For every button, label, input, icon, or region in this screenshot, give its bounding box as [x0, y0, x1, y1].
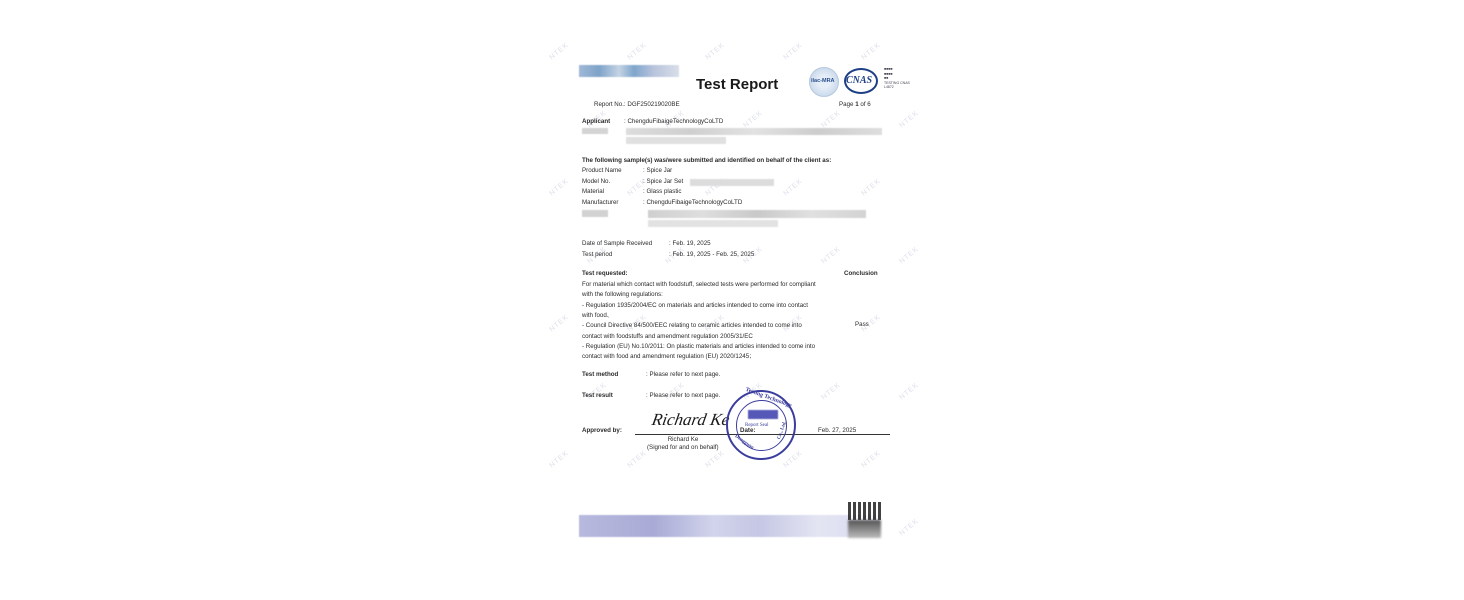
company-seal: Testing Technology Co., Ltd. Dongguan Re… [726, 390, 796, 460]
watermark: NTEK [704, 42, 726, 62]
test-requested-line: with the following regulations: [582, 291, 663, 299]
applicant-value: : ChengduFibaigeTechnologyCoLTD [624, 118, 723, 126]
applicant-label: Applicant [582, 118, 610, 126]
sample-field-value: : Spice Jar [643, 167, 672, 175]
approval-date: Feb. 27, 2025 [818, 427, 856, 435]
test-requested-line: - Regulation (EU) No.10/2011: On plastic… [582, 343, 815, 351]
test-report-page: NTEKNTEKNTEKNTEKNTEKNTEKNTEKNTEKNTEKNTEK… [548, 38, 918, 563]
watermark: NTEK [548, 450, 570, 470]
approver-name: Richard Ke [658, 436, 708, 444]
watermark: NTEK [704, 450, 726, 470]
watermark: NTEK [898, 246, 920, 266]
watermark: NTEK [626, 450, 648, 470]
watermark: NTEK [782, 42, 804, 62]
test-requested-line: contact with foodstuffs and amendment re… [582, 333, 753, 341]
manufacturer-address-redacted [648, 210, 866, 218]
watermark: NTEK [860, 178, 882, 198]
date-field-value: : Feb. 19, 2025 [669, 240, 711, 248]
sample-field-value: : ChengduFibaigeTechnologyCoLTD [643, 199, 742, 207]
approved-by-label: Approved by: [582, 427, 622, 435]
report-number: Report No.: DGF250219020BE [594, 101, 680, 109]
manufacturer-address-redacted [648, 220, 778, 227]
watermark: NTEK [782, 450, 804, 470]
watermark: NTEK [548, 178, 570, 198]
test-requested-heading: Test requested: [582, 270, 628, 278]
watermark: NTEK [898, 382, 920, 402]
seal-redacted [748, 410, 778, 419]
qr-code[interactable] [848, 502, 881, 520]
watermark: NTEK [898, 110, 920, 130]
cnas-accreditation-text: ■■■■■■■■■■TESTING CNAS L4872 [884, 67, 918, 90]
watermark: NTEK [860, 450, 882, 470]
footer-address-redacted [579, 515, 879, 537]
watermark: NTEK [782, 178, 804, 198]
signature: Richard Ke [650, 410, 731, 430]
test-requested-line: contact with food and amendment regulati… [582, 353, 755, 361]
conclusion-value: Pass [855, 321, 869, 329]
test-requested-line: For material which contact with foodstuf… [582, 281, 816, 289]
watermark: NTEK [626, 42, 648, 62]
date-field-label: Date of Sample Received [582, 240, 652, 248]
watermark: NTEK [860, 42, 882, 62]
ilac-mra-logo: ilac-MRA [809, 67, 839, 97]
applicant-address-redacted [582, 128, 608, 134]
manufacturer-address-redacted [582, 210, 608, 217]
sample-field-label: Model No. [582, 178, 610, 186]
test-result-value: : Please refer to next page. [646, 392, 720, 400]
sample-field-label: Material [582, 188, 604, 196]
applicant-address-redacted [626, 128, 882, 135]
test-requested-line: with food、 [582, 312, 613, 320]
watermark: NTEK [820, 110, 842, 130]
watermark: NTEK [742, 110, 764, 130]
cnas-logo: CNAS [844, 68, 878, 94]
watermark: NTEK [898, 518, 920, 538]
date-field-value: : Feb. 19, 2025 - Feb. 25, 2025 [669, 251, 754, 259]
test-requested-line: - Regulation 1935/2004/EC on materials a… [582, 302, 808, 310]
page-title: Test Report [696, 76, 778, 93]
sample-field-label: Product Name [582, 167, 622, 175]
test-method-value: : Please refer to next page. [646, 371, 720, 379]
watermark: NTEK [548, 42, 570, 62]
conclusion-heading: Conclusion [844, 270, 878, 278]
date-field-label: Test period [582, 251, 612, 259]
watermark: NTEK [548, 314, 570, 334]
test-method-label: Test method [582, 371, 618, 379]
test-requested-line: - Council Directive 84/500/EEC relating … [582, 322, 802, 330]
qr-code-redacted [848, 520, 881, 538]
company-logo-redacted [579, 65, 679, 77]
sample-intro: The following sample(s) was/were submitt… [582, 157, 831, 165]
approver-note: (Signed for and on behalf) [647, 444, 719, 452]
watermark: NTEK [820, 246, 842, 266]
model-no-redacted [690, 179, 774, 186]
applicant-address-redacted [626, 137, 726, 144]
watermark: NTEK [820, 382, 842, 402]
sample-field-label: Manufacturer [582, 199, 618, 207]
page-indicator: Page 1 of 6 [839, 101, 871, 109]
sample-field-value: : Glass plastic [643, 188, 682, 196]
test-result-label: Test result [582, 392, 613, 400]
sample-field-value: : Spice Jar Set [643, 178, 683, 186]
